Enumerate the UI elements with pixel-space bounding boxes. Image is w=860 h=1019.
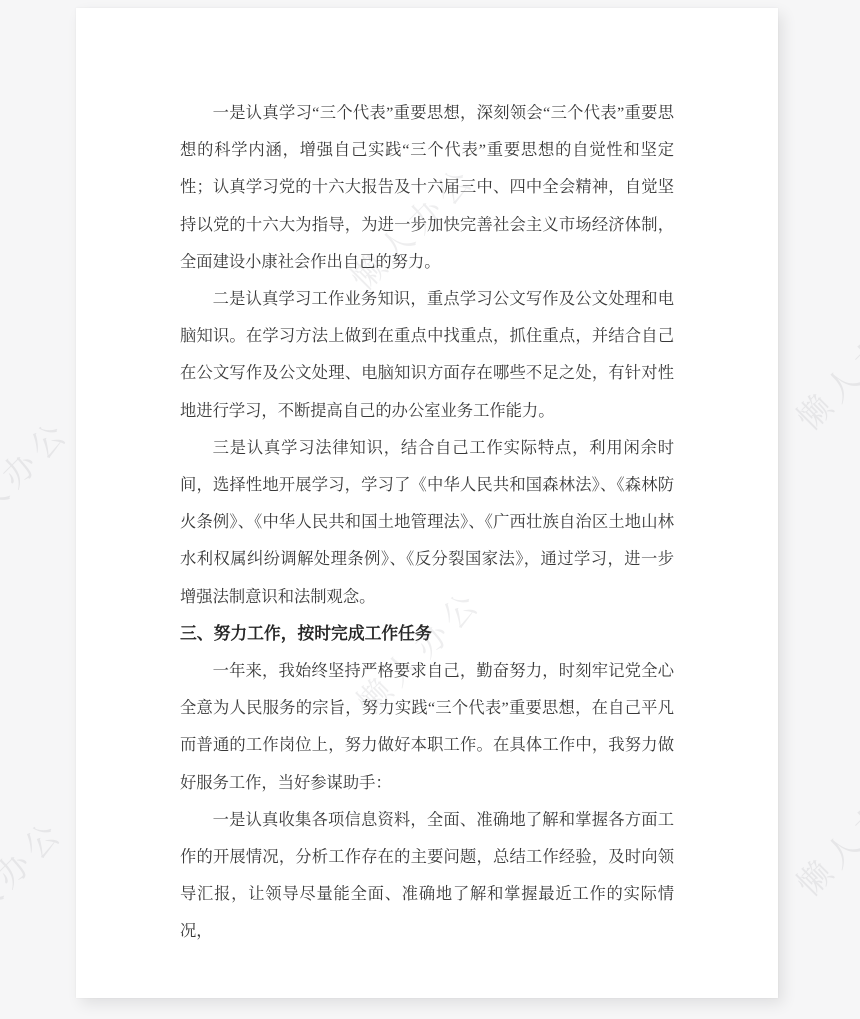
- paragraph-study-law-knowledge: 三是认真学习法律知识，结合自己工作实际特点，利用闲余时间，选择性地开展学习，学习…: [180, 429, 674, 615]
- screenshot-stage: 一是认真学习“三个代表”重要思想，深刻领会“三个代表”重要思想的科学内涵，增强自…: [0, 0, 860, 1019]
- document-content: 一是认真学习“三个代表”重要思想，深刻领会“三个代表”重要思想的科学内涵，增强自…: [76, 8, 778, 950]
- document-page: 一是认真学习“三个代表”重要思想，深刻领会“三个代表”重要思想的科学内涵，增强自…: [76, 8, 778, 998]
- watermark-text: 懒人办公: [0, 407, 79, 553]
- watermark-text: 懒人办公: [785, 293, 860, 439]
- watermark-text: 懒人办公: [0, 807, 73, 953]
- section-heading-work-tasks: 三、努力工作，按时完成工作任务: [180, 615, 674, 652]
- watermark-text: 懒人办公: [785, 759, 860, 905]
- paragraph-study-business-knowledge: 二是认真学习工作业务知识，重点学习公文写作及公文处理和电脑知识。在学习方法上做到…: [180, 280, 674, 429]
- paragraph-study-three-represents: 一是认真学习“三个代表”重要思想，深刻领会“三个代表”重要思想的科学内涵，增强自…: [180, 94, 674, 280]
- paragraph-work-attitude: 一年来，我始终坚持严格要求自己，勤奋努力，时刻牢记党全心全意为人民服务的宗旨，努…: [180, 652, 674, 801]
- paragraph-collect-information: 一是认真收集各项信息资料，全面、准确地了解和掌握各方面工作的开展情况，分析工作存…: [180, 801, 674, 950]
